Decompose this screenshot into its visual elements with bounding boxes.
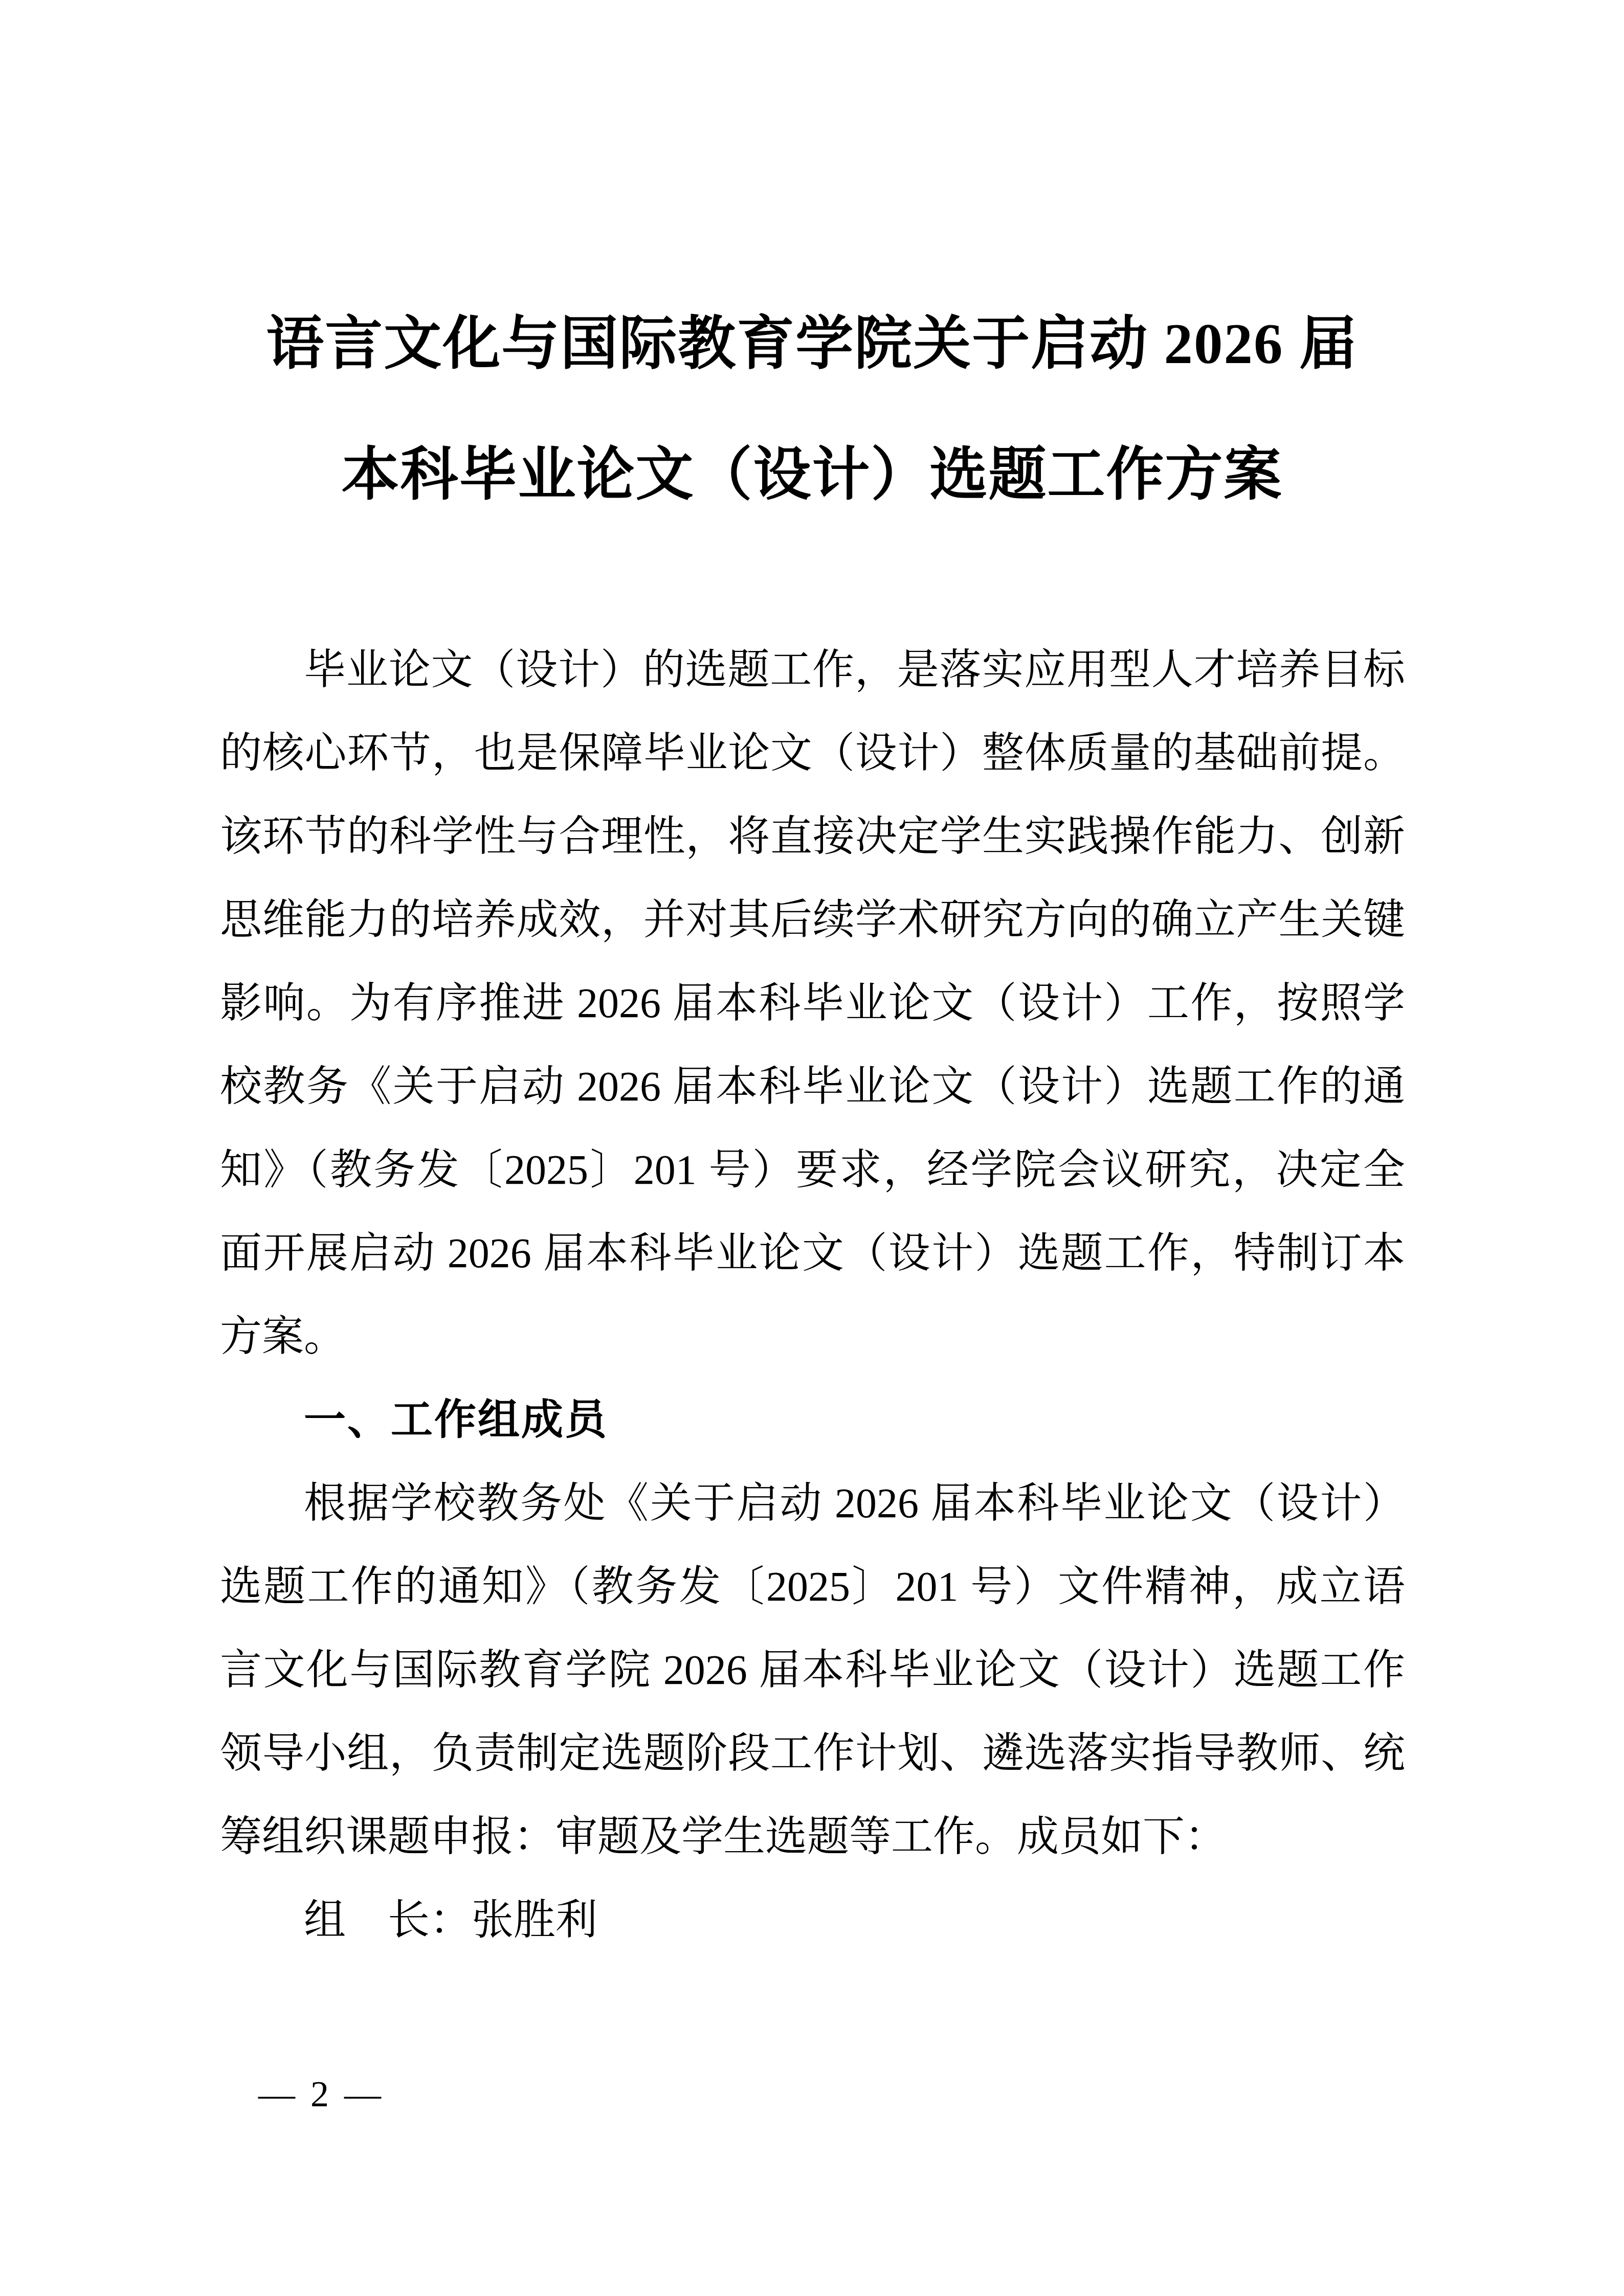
document-title-line-2: 本科毕业论文（设计）选题工作方案 xyxy=(153,410,1471,541)
paragraph-2: 根据学校教务处《关于启动 2026 届本科毕业论文（设计） 选题工作的通知》（教… xyxy=(220,1461,1405,1878)
document-page: 语言文化与国际教育学院关于启动 2026 届 本科毕业论文（设计）选题工作方案 … xyxy=(0,0,1624,2296)
body-line: 影响。为有序推进 2026 届本科毕业论文（设计）工作，按照学 xyxy=(220,961,1405,1045)
body-line: 该环节的科学性与合理性，将直接决定学生实践操作能力、创新 xyxy=(220,795,1405,878)
document-title-line-1: 语言文化与国际教育学院关于启动 2026 届 xyxy=(153,279,1471,410)
group-leader-line: 组 长：张胜利 xyxy=(220,1878,1405,1962)
section-heading-workgroup-members: 一、工作组成员 xyxy=(220,1378,1405,1461)
body-line: 方案。 xyxy=(220,1295,1405,1378)
document-body: 毕业论文（设计）的选题工作，是落实应用型人才培养目标 的核心环节，也是保障毕业论… xyxy=(220,628,1405,1962)
body-line: 选题工作的通知》（教务发〔2025〕201 号）文件精神，成立语 xyxy=(220,1545,1405,1628)
body-line: 筹组织课题申报：审题及学生选题等工作。成员如下： xyxy=(220,1795,1405,1878)
page-number: — 2 — xyxy=(258,2071,384,2117)
body-line: 根据学校教务处《关于启动 2026 届本科毕业论文（设计） xyxy=(220,1461,1405,1545)
paragraph-1: 毕业论文（设计）的选题工作，是落实应用型人才培养目标 的核心环节，也是保障毕业论… xyxy=(220,628,1405,1378)
body-line: 校教务《关于启动 2026 届本科毕业论文（设计）选题工作的通 xyxy=(220,1045,1405,1128)
body-line: 毕业论文（设计）的选题工作，是落实应用型人才培养目标 xyxy=(220,628,1405,711)
body-line: 面开展启动 2026 届本科毕业论文（设计）选题工作，特制订本 xyxy=(220,1211,1405,1295)
body-line: 知》（教务发〔2025〕201 号）要求，经学院会议研究，决定全 xyxy=(220,1128,1405,1211)
body-line: 思维能力的培养成效，并对其后续学术研究方向的确立产生关键 xyxy=(220,878,1405,961)
body-line: 言文化与国际教育学院 2026 届本科毕业论文（设计）选题工作 xyxy=(220,1628,1405,1712)
body-line: 的核心环节，也是保障毕业论文（设计）整体质量的基础前提。 xyxy=(220,711,1405,795)
document-title: 语言文化与国际教育学院关于启动 2026 届 本科毕业论文（设计）选题工作方案 xyxy=(153,279,1471,541)
body-line: 领导小组，负责制定选题阶段工作计划、遴选落实指导教师、统 xyxy=(220,1712,1405,1795)
